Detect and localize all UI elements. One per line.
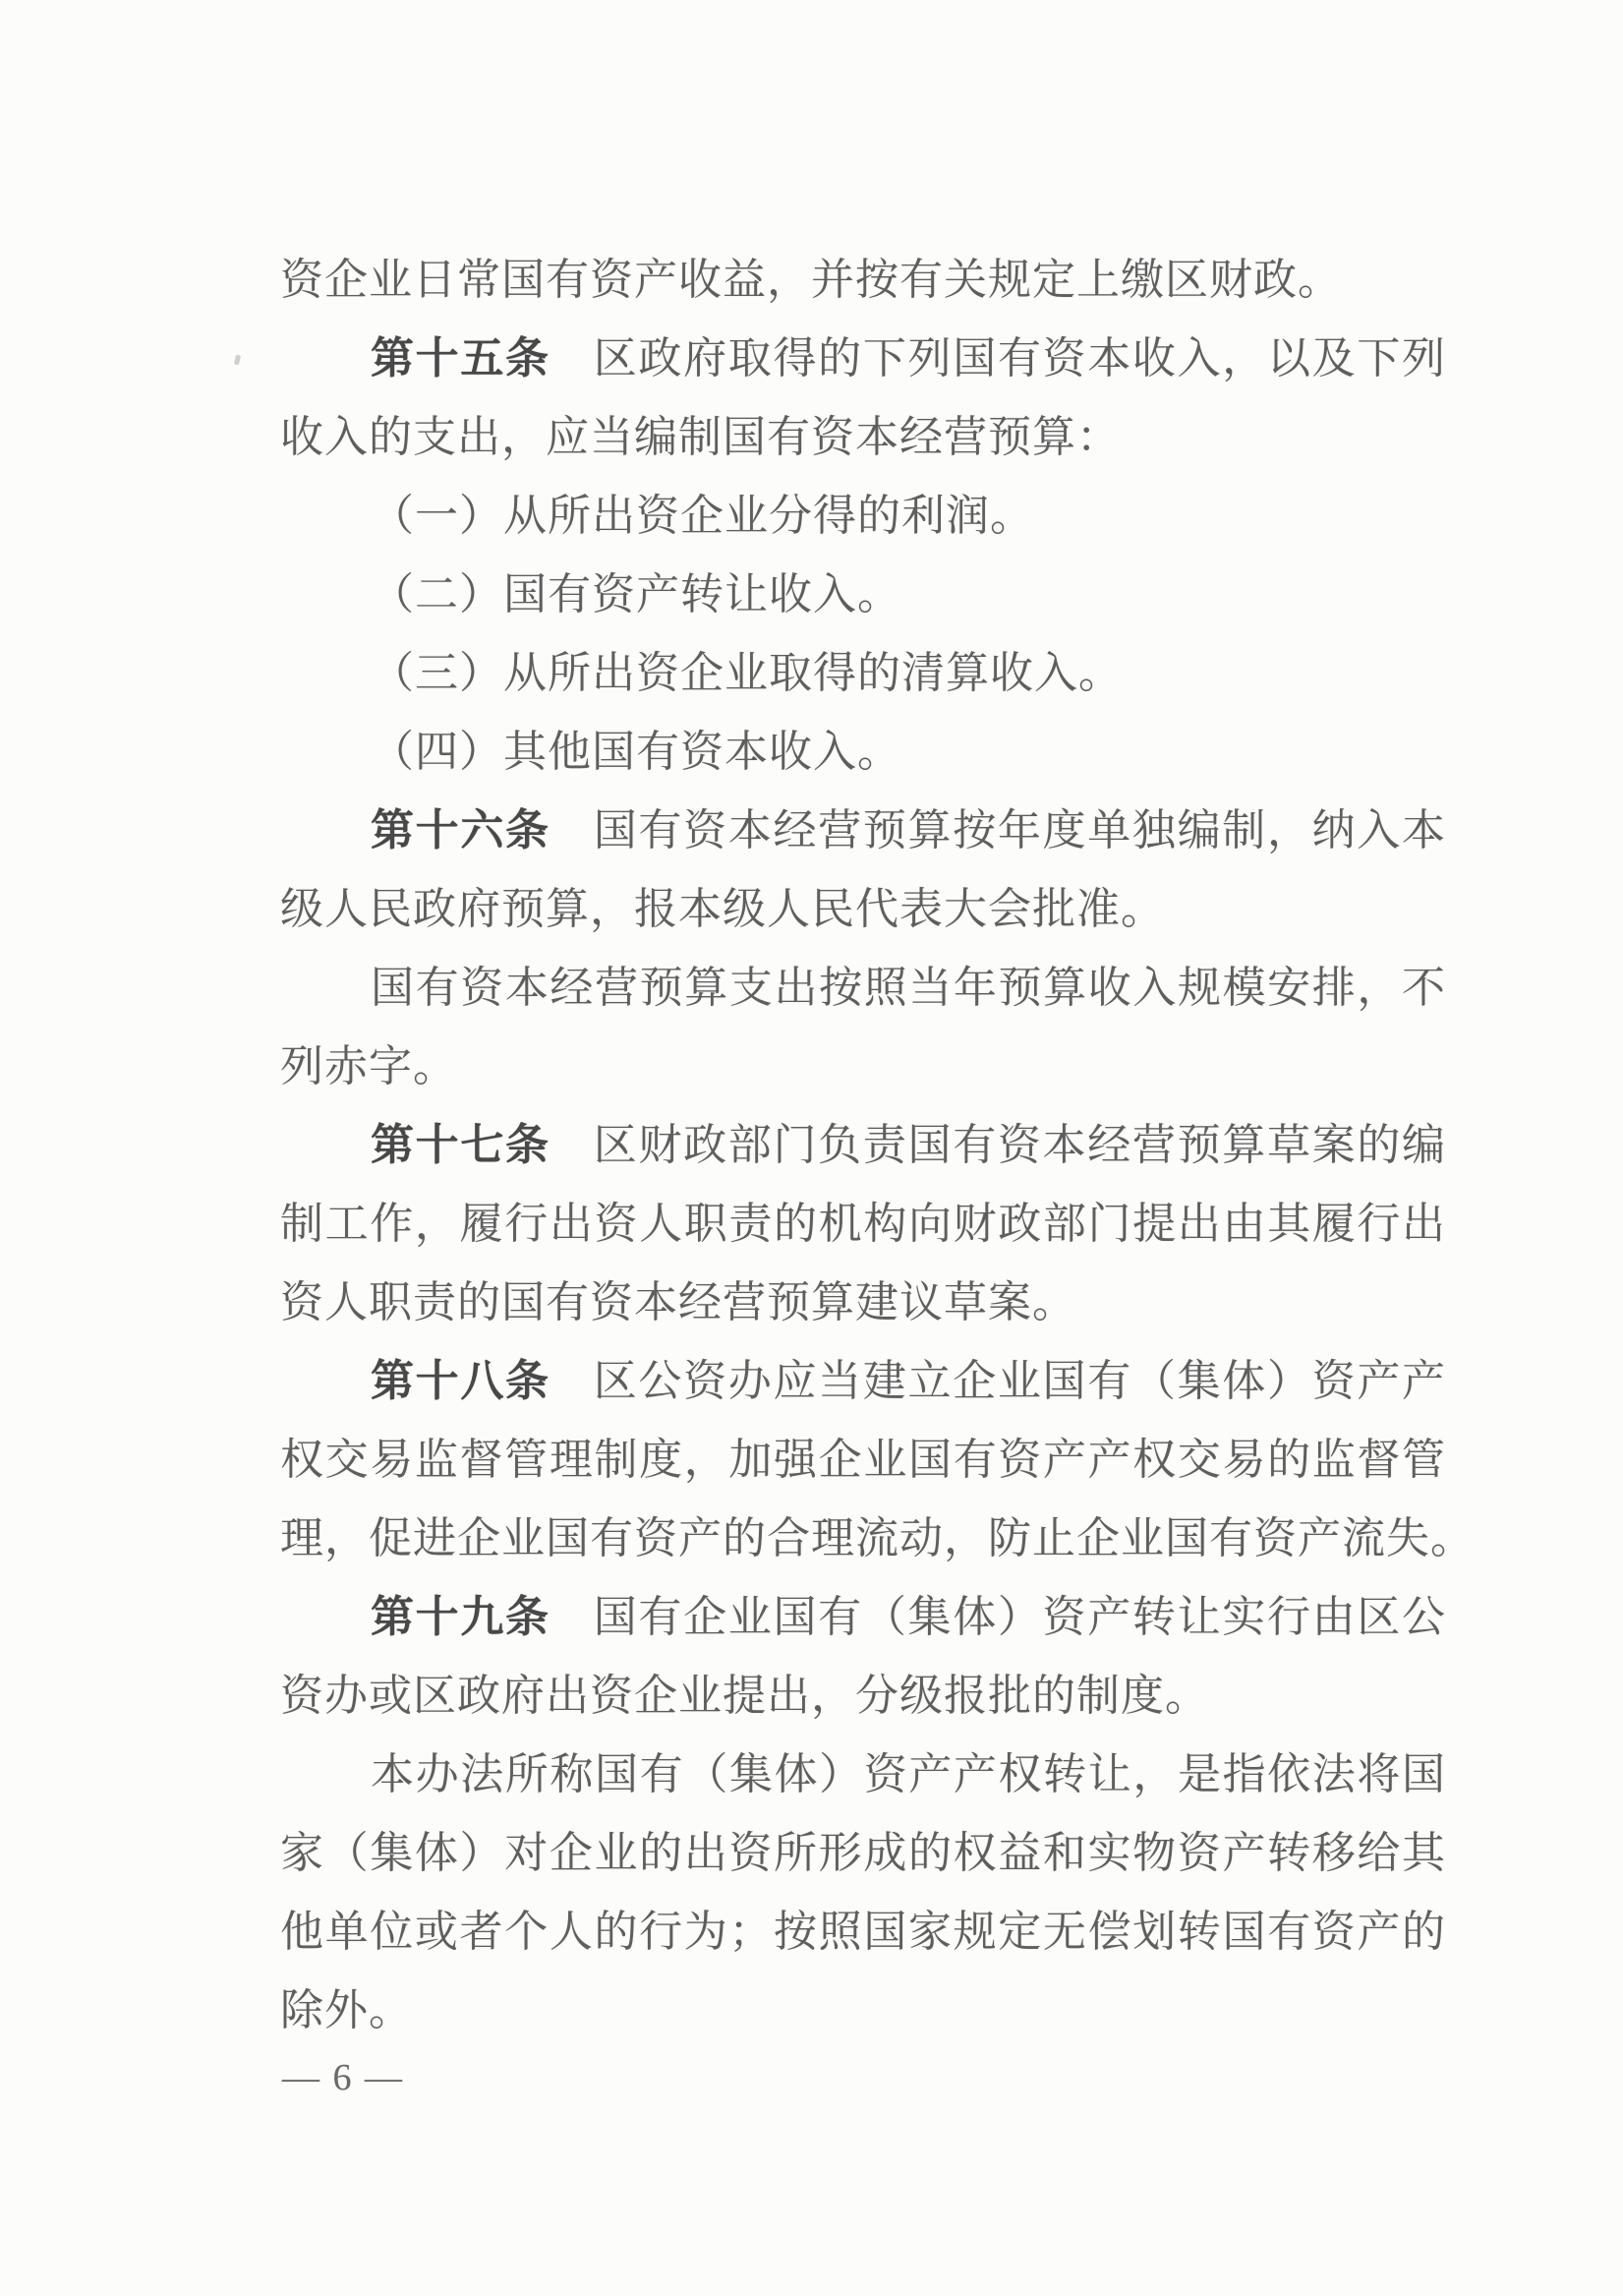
page-number: — 6 — — [282, 2051, 404, 2104]
article-first-line: 第十九条国有企业国有（集体）资产转让实行由区公 — [280, 1578, 1446, 1657]
text-line: 家（集体）对企业的出资所形成的权益和实物资产转移给其 — [280, 1814, 1446, 1893]
scan-speck-artifact — [234, 355, 241, 366]
text-line: 资企业日常国有资产收益，并按有关规定上缴区财政。 — [280, 241, 1446, 320]
article-number: 第十五条 — [371, 334, 551, 383]
text-line: （四）其他国有资本收入。 — [280, 713, 1446, 792]
article-first-line: 第十八条区公资办应当建立企业国有（集体）资产产 — [280, 1342, 1446, 1421]
article-number: 第十八条 — [371, 1357, 551, 1405]
text-line: 制工作，履行出资人职责的机构向财政部门提出由其履行出 — [280, 1185, 1446, 1264]
article-number: 第十九条 — [371, 1593, 551, 1641]
article-first-line: 第十六条国有资本经营预算按年度单独编制，纳入本 — [280, 792, 1446, 870]
text-line: （三）从所出资企业取得的清算收入。 — [280, 634, 1446, 713]
document-body: 资企业日常国有资产收益，并按有关规定上缴区财政。第十五条区政府取得的下列国有资本… — [280, 241, 1446, 2050]
text-line: 列赤字。 — [280, 1028, 1446, 1106]
text-line: 级人民政府预算，报本级人民代表大会批准。 — [280, 870, 1446, 949]
text-line: （二）国有资产转让收入。 — [280, 556, 1446, 634]
text-line: 权交易监督管理制度，加强企业国有资产产权交易的监督管 — [280, 1421, 1446, 1500]
text-line: 资办或区政府出资企业提出，分级报批的制度。 — [280, 1657, 1446, 1736]
article-first-line: 第十五条区政府取得的下列国有资本收入，以及下列 — [280, 320, 1446, 398]
line-text: 区公资办应当建立企业国有（集体）资产产 — [594, 1357, 1446, 1405]
article-first-line: 第十七条区财政部门负责国有资本经营预算草案的编 — [280, 1106, 1446, 1185]
text-line: 资人职责的国有资本经营预算建议草案。 — [280, 1264, 1446, 1342]
text-line: 本办法所称国有（集体）资产产权转让，是指依法将国 — [280, 1736, 1446, 1814]
text-line: 除外。 — [280, 1972, 1446, 2050]
document-page: 资企业日常国有资产收益，并按有关规定上缴区财政。第十五条区政府取得的下列国有资本… — [0, 0, 1623, 2296]
text-line: 收入的支出，应当编制国有资本经营预算： — [280, 398, 1446, 477]
text-line: 他单位或者个人的行为；按照国家规定无偿划转国有资产的 — [280, 1893, 1446, 1972]
article-number: 第十六条 — [371, 806, 551, 854]
text-line: 理，促进企业国有资产的合理流动，防止企业国有资产流失。 — [280, 1500, 1446, 1578]
line-text: 国有企业国有（集体）资产转让实行由区公 — [594, 1593, 1446, 1641]
line-text: 区政府取得的下列国有资本收入，以及下列 — [594, 334, 1446, 383]
text-line: （一）从所出资企业分得的利润。 — [280, 477, 1446, 556]
line-text: 区财政部门负责国有资本经营预算草案的编 — [594, 1121, 1446, 1169]
text-line: 国有资本经营预算支出按照当年预算收入规模安排，不 — [280, 949, 1446, 1028]
article-number: 第十七条 — [371, 1121, 551, 1169]
line-text: 国有资本经营预算按年度单独编制，纳入本 — [594, 806, 1446, 854]
